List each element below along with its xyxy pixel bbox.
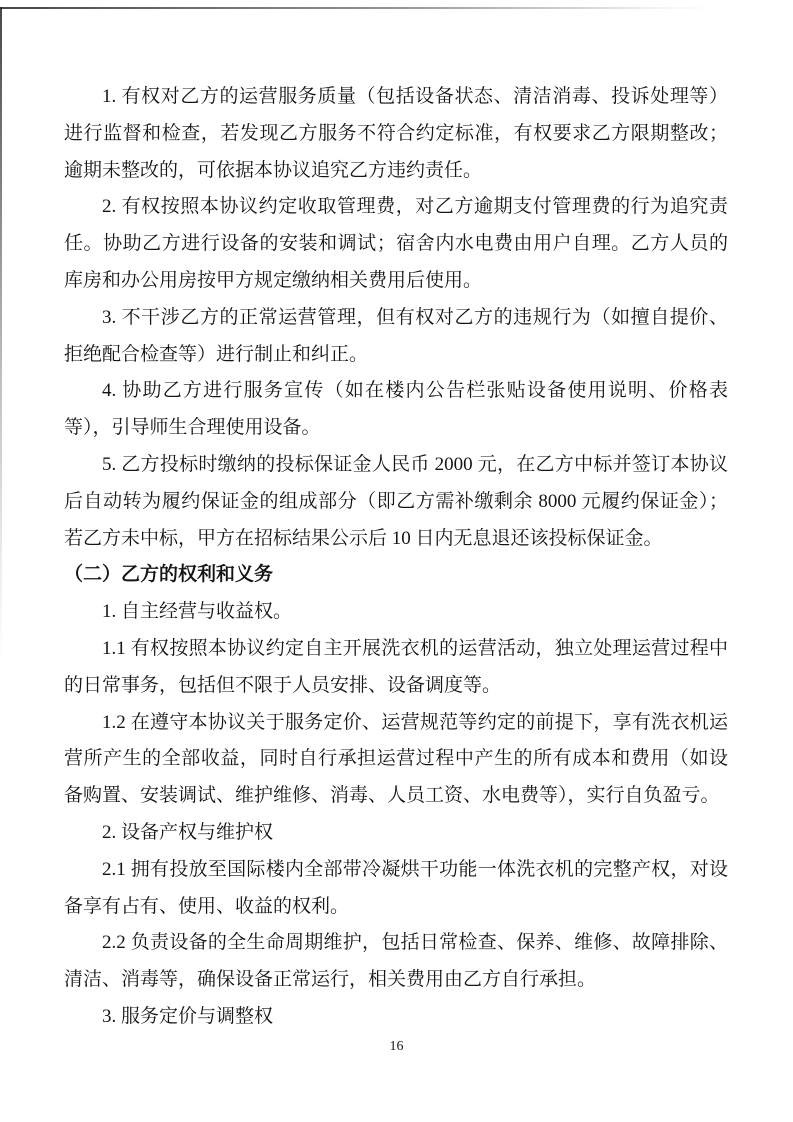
paragraph: 2.2 负责设备的全生命周期维护，包括日常检查、保养、维修、故障排除、清洁、消毒…: [64, 925, 728, 999]
paragraph: 5. 乙方投标时缴纳的投标保证金人民币 2000 元，在乙方中标并签订本协议后自…: [64, 447, 728, 557]
page-footer: 16: [0, 1039, 793, 1055]
paragraph: 2. 设备产权与维护权: [64, 815, 728, 852]
paragraph: 1. 自主经营与收益权。: [64, 594, 728, 631]
document-page: 1. 有权对乙方的运营服务质量（包括设备状态、清洁消毒、投诉处理等）进行监督和检…: [0, 0, 793, 1122]
paragraph: 3. 服务定价与调整权: [64, 999, 728, 1036]
section-heading: （二）乙方的权利和义务: [64, 557, 728, 594]
document-body: 1. 有权对乙方的运营服务质量（包括设备状态、清洁消毒、投诉处理等）进行监督和检…: [64, 79, 728, 1036]
paragraph: 4. 协助乙方进行服务宣传（如在楼内公告栏张贴设备使用说明、价格表等），引导师生…: [64, 373, 728, 447]
paragraph: 1.1 有权按照本协议约定自主开展洗衣机的运营活动，独立处理运营过程中的日常事务…: [64, 631, 728, 705]
scan-edge-top: [0, 7, 715, 9]
scan-edge-left: [0, 7, 2, 667]
paragraph: 1. 有权对乙方的运营服务质量（包括设备状态、清洁消毒、投诉处理等）进行监督和检…: [64, 79, 728, 189]
paragraph: 2. 有权按照本协议约定收取管理费，对乙方逾期支付管理费的行为追究责任。协助乙方…: [64, 189, 728, 299]
paragraph: 2.1 拥有投放至国际楼内全部带冷凝烘干功能一体洗衣机的完整产权，对设备享有占有…: [64, 852, 728, 926]
paragraph: 3. 不干涉乙方的正常运营管理，但有权对乙方的违规行为（如擅自提价、拒绝配合检查…: [64, 300, 728, 374]
paragraph: 1.2 在遵守本协议关于服务定价、运营规范等约定的前提下，享有洗衣机运营所产生的…: [64, 705, 728, 815]
page-number: 16: [390, 1039, 404, 1054]
